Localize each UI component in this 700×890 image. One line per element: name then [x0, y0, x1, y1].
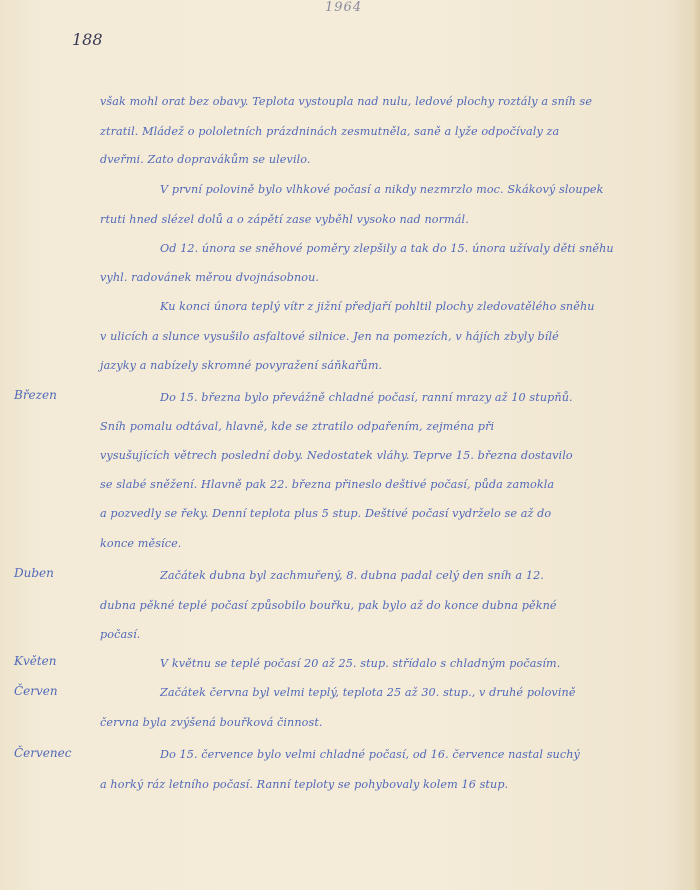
year-heading: 1964	[325, 0, 362, 15]
manuscript-page: 1964 188 Březen Duben Květen Červen Červ…	[0, 0, 700, 890]
text-line: dubna pěkné teplé počasí způsobilo bouřk…	[100, 599, 557, 612]
page-number: 188	[72, 30, 103, 49]
text-line: Začátek dubna byl zachmuřený, 8. dubna p…	[160, 569, 544, 582]
text-line: a pozvedly se řeky. Denní teplota plus 5…	[100, 507, 551, 520]
text-line: konce měsíce.	[100, 537, 181, 550]
margin-label-duben: Duben	[14, 566, 54, 580]
text-line: Začátek června byl velmi teplý, teplota …	[160, 686, 576, 699]
text-line: června byla zvýšená bouřková činnost.	[100, 716, 323, 729]
text-line: počasí.	[100, 628, 140, 641]
text-line: v ulicích a slunce vysušilo asfaltové si…	[100, 330, 559, 343]
text-line: a horký ráz letního počasí. Ranní teplot…	[100, 778, 508, 791]
text-line: vyhl. radovánek měrou dvojnásobnou.	[100, 271, 319, 284]
text-line: Do 15. července bylo velmi chladné počas…	[160, 748, 580, 761]
text-line: Ku konci února teplý vítr z jižní předja…	[160, 300, 595, 313]
text-line: V květnu se teplé počasí 20 až 25. stup.…	[160, 657, 560, 670]
text-line: však mohl orat bez obavy. Teplota vystou…	[100, 95, 592, 108]
margin-label-kveten: Květen	[14, 654, 57, 668]
margin-label-cerven: Červen	[14, 684, 58, 698]
text-line: dveřmi. Zato dopravákům se ulevilo.	[100, 153, 311, 166]
text-line: vysušujících větrech poslední doby. Nedo…	[100, 449, 573, 462]
text-line: V první polovině bylo vlhkové počasí a n…	[160, 183, 604, 196]
text-line: rtuti hned slézel dolů a o zápětí zase v…	[100, 213, 469, 226]
text-line: Sníh pomalu odtával, hlavně, kde se ztra…	[100, 420, 494, 433]
text-line: Do 15. března bylo převážně chladné poča…	[160, 391, 573, 404]
text-line: ztratil. Mládež o pololetních prázdninác…	[100, 125, 559, 138]
text-line: Od 12. února se sněhové poměry zlepšily …	[160, 242, 614, 255]
page-edge	[692, 0, 700, 890]
text-line: se slabé sněžení. Hlavně pak 22. března …	[100, 478, 554, 491]
margin-label-cervenec: Červenec	[14, 746, 71, 760]
text-line: jazyky a nabízely skromné povyražení sáň…	[100, 359, 382, 372]
margin-label-brezen: Březen	[14, 388, 57, 402]
